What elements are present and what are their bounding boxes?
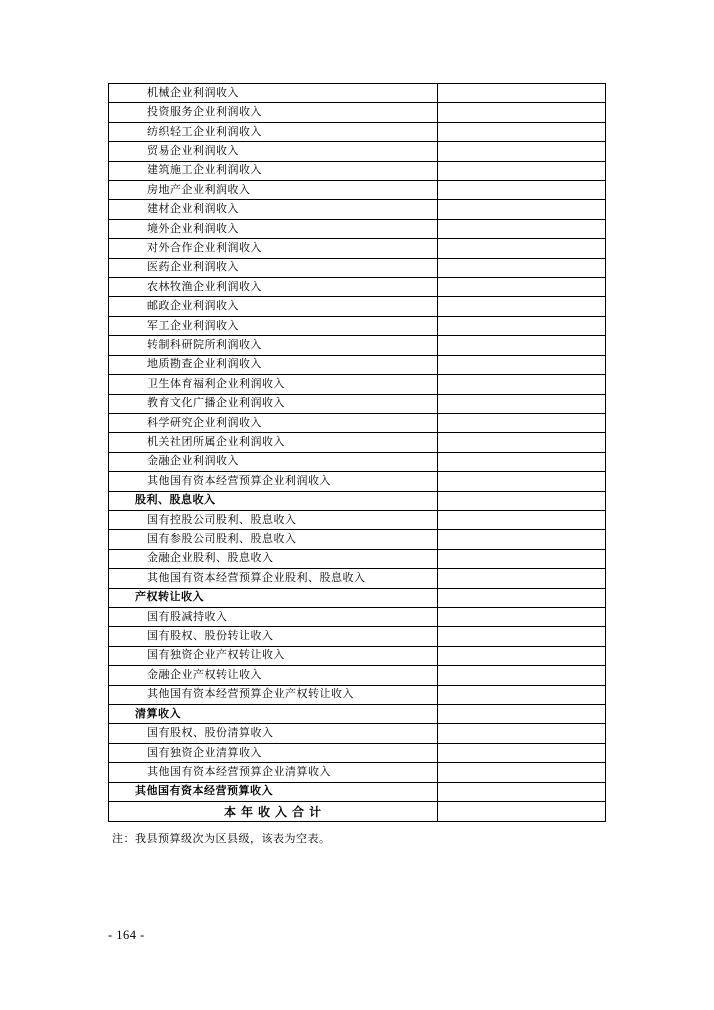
row-label: 金融企业利润收入 bbox=[109, 452, 438, 471]
row-value-cell bbox=[438, 413, 606, 432]
row-label: 国有控股公司股利、股息收入 bbox=[109, 510, 438, 529]
table-row: 境外企业利润收入 bbox=[109, 219, 606, 238]
table-row: 其他国有资本经营预算企业产权转让收入 bbox=[109, 685, 606, 704]
row-value-cell bbox=[438, 219, 606, 238]
row-label: 地质勘查企业利润收入 bbox=[109, 355, 438, 374]
row-label: 投资服务企业利润收入 bbox=[109, 103, 438, 122]
table-row: 纺织轻工企业利润收入 bbox=[109, 122, 606, 141]
row-value-cell bbox=[438, 103, 606, 122]
row-value-cell bbox=[438, 297, 606, 316]
table-row: 其他国有资本经营预算收入 bbox=[109, 782, 606, 801]
row-value-cell bbox=[438, 472, 606, 491]
row-label: 国有独资企业产权转让收入 bbox=[109, 646, 438, 665]
table-row: 国有股减持收入 bbox=[109, 607, 606, 626]
row-label: 机械企业利润收入 bbox=[109, 84, 438, 103]
row-value-cell bbox=[438, 607, 606, 626]
row-value-cell bbox=[438, 588, 606, 607]
table-row: 房地产企业利润收入 bbox=[109, 181, 606, 200]
row-value-cell bbox=[438, 336, 606, 355]
row-label: 其他国有资本经营预算企业清算收入 bbox=[109, 763, 438, 782]
row-value-cell bbox=[438, 142, 606, 161]
table-row: 金融企业产权转让收入 bbox=[109, 666, 606, 685]
row-value-cell bbox=[438, 646, 606, 665]
row-label: 机关社团所属企业利润收入 bbox=[109, 433, 438, 452]
table-row: 本 年 收 入 合 计 bbox=[109, 802, 606, 822]
table-row: 教育文化广播企业利润收入 bbox=[109, 394, 606, 413]
row-value-cell bbox=[438, 724, 606, 743]
row-label: 建筑施工企业利润收入 bbox=[109, 161, 438, 180]
row-label: 军工企业利润收入 bbox=[109, 316, 438, 335]
row-value-cell bbox=[438, 433, 606, 452]
table-row: 机关社团所属企业利润收入 bbox=[109, 433, 606, 452]
row-value-cell bbox=[438, 161, 606, 180]
row-value-cell bbox=[438, 549, 606, 568]
row-value-cell bbox=[438, 394, 606, 413]
row-value-cell bbox=[438, 239, 606, 258]
row-label: 卫生体育福利企业利润收入 bbox=[109, 375, 438, 394]
footnote: 注：我县预算级次为区县级，该表为空表。 bbox=[112, 830, 331, 846]
row-value-cell bbox=[438, 316, 606, 335]
table-row: 转制科研院所利润收入 bbox=[109, 336, 606, 355]
row-label: 农林牧渔企业利润收入 bbox=[109, 278, 438, 297]
table-row: 军工企业利润收入 bbox=[109, 316, 606, 335]
table-row: 金融企业利润收入 bbox=[109, 452, 606, 471]
table-row: 股利、股息收入 bbox=[109, 491, 606, 510]
table-row: 卫生体育福利企业利润收入 bbox=[109, 375, 606, 394]
table-row: 其他国有资本经营预算企业清算收入 bbox=[109, 763, 606, 782]
row-label: 其他国有资本经营预算企业股利、股息收入 bbox=[109, 569, 438, 588]
row-label: 科学研究企业利润收入 bbox=[109, 413, 438, 432]
row-label: 国有股权、股份转让收入 bbox=[109, 627, 438, 646]
table-row: 国有参股公司股利、股息收入 bbox=[109, 530, 606, 549]
row-value-cell bbox=[438, 181, 606, 200]
row-label: 金融企业股利、股息收入 bbox=[109, 549, 438, 568]
page-number: - 164 - bbox=[108, 928, 145, 943]
row-value-cell bbox=[438, 491, 606, 510]
row-label: 国有参股公司股利、股息收入 bbox=[109, 530, 438, 549]
row-value-cell bbox=[438, 627, 606, 646]
row-label: 产权转让收入 bbox=[109, 588, 438, 607]
table-row: 贸易企业利润收入 bbox=[109, 142, 606, 161]
row-value-cell bbox=[438, 530, 606, 549]
row-label: 清算收入 bbox=[109, 705, 438, 724]
row-label: 本 年 收 入 合 计 bbox=[109, 802, 438, 822]
row-value-cell bbox=[438, 510, 606, 529]
table-row: 地质勘查企业利润收入 bbox=[109, 355, 606, 374]
row-value-cell bbox=[438, 355, 606, 374]
row-value-cell bbox=[438, 666, 606, 685]
row-value-cell bbox=[438, 705, 606, 724]
table-row: 建筑施工企业利润收入 bbox=[109, 161, 606, 180]
row-value-cell bbox=[438, 782, 606, 801]
row-value-cell bbox=[438, 258, 606, 277]
table-row: 清算收入 bbox=[109, 705, 606, 724]
table-row: 投资服务企业利润收入 bbox=[109, 103, 606, 122]
row-label: 其他国有资本经营预算企业利润收入 bbox=[109, 472, 438, 491]
row-label: 纺织轻工企业利润收入 bbox=[109, 122, 438, 141]
table-row: 机械企业利润收入 bbox=[109, 84, 606, 103]
row-value-cell bbox=[438, 200, 606, 219]
row-label: 邮政企业利润收入 bbox=[109, 297, 438, 316]
row-label: 国有股权、股份清算收入 bbox=[109, 724, 438, 743]
table-row: 国有股权、股份转让收入 bbox=[109, 627, 606, 646]
row-label: 其他国有资本经营预算企业产权转让收入 bbox=[109, 685, 438, 704]
document-page: 机械企业利润收入投资服务企业利润收入纺织轻工企业利润收入贸易企业利润收入建筑施工… bbox=[0, 0, 714, 1010]
row-label: 建材企业利润收入 bbox=[109, 200, 438, 219]
table-row: 金融企业股利、股息收入 bbox=[109, 549, 606, 568]
budget-table-body: 机械企业利润收入投资服务企业利润收入纺织轻工企业利润收入贸易企业利润收入建筑施工… bbox=[109, 84, 606, 822]
table-row: 农林牧渔企业利润收入 bbox=[109, 278, 606, 297]
row-label: 教育文化广播企业利润收入 bbox=[109, 394, 438, 413]
row-value-cell bbox=[438, 743, 606, 762]
table-row: 对外合作企业利润收入 bbox=[109, 239, 606, 258]
row-label: 贸易企业利润收入 bbox=[109, 142, 438, 161]
table-row: 国有独资企业清算收入 bbox=[109, 743, 606, 762]
row-label: 转制科研院所利润收入 bbox=[109, 336, 438, 355]
row-label: 金融企业产权转让收入 bbox=[109, 666, 438, 685]
row-label: 医药企业利润收入 bbox=[109, 258, 438, 277]
budget-revenue-table: 机械企业利润收入投资服务企业利润收入纺织轻工企业利润收入贸易企业利润收入建筑施工… bbox=[108, 83, 606, 822]
row-label: 股利、股息收入 bbox=[109, 491, 438, 510]
table-row: 科学研究企业利润收入 bbox=[109, 413, 606, 432]
table-row: 国有独资企业产权转让收入 bbox=[109, 646, 606, 665]
table-row: 邮政企业利润收入 bbox=[109, 297, 606, 316]
table-row: 国有股权、股份清算收入 bbox=[109, 724, 606, 743]
row-value-cell bbox=[438, 122, 606, 141]
row-value-cell bbox=[438, 84, 606, 103]
row-value-cell bbox=[438, 802, 606, 822]
row-value-cell bbox=[438, 685, 606, 704]
table-row: 医药企业利润收入 bbox=[109, 258, 606, 277]
row-label: 对外合作企业利润收入 bbox=[109, 239, 438, 258]
row-label: 国有股减持收入 bbox=[109, 607, 438, 626]
table-row: 国有控股公司股利、股息收入 bbox=[109, 510, 606, 529]
table-row: 其他国有资本经营预算企业利润收入 bbox=[109, 472, 606, 491]
row-value-cell bbox=[438, 375, 606, 394]
row-value-cell bbox=[438, 763, 606, 782]
row-value-cell bbox=[438, 569, 606, 588]
row-label: 其他国有资本经营预算收入 bbox=[109, 782, 438, 801]
row-value-cell bbox=[438, 278, 606, 297]
table-row: 建材企业利润收入 bbox=[109, 200, 606, 219]
row-value-cell bbox=[438, 452, 606, 471]
table-row: 其他国有资本经营预算企业股利、股息收入 bbox=[109, 569, 606, 588]
table-row: 产权转让收入 bbox=[109, 588, 606, 607]
row-label: 国有独资企业清算收入 bbox=[109, 743, 438, 762]
row-label: 境外企业利润收入 bbox=[109, 219, 438, 238]
row-label: 房地产企业利润收入 bbox=[109, 181, 438, 200]
